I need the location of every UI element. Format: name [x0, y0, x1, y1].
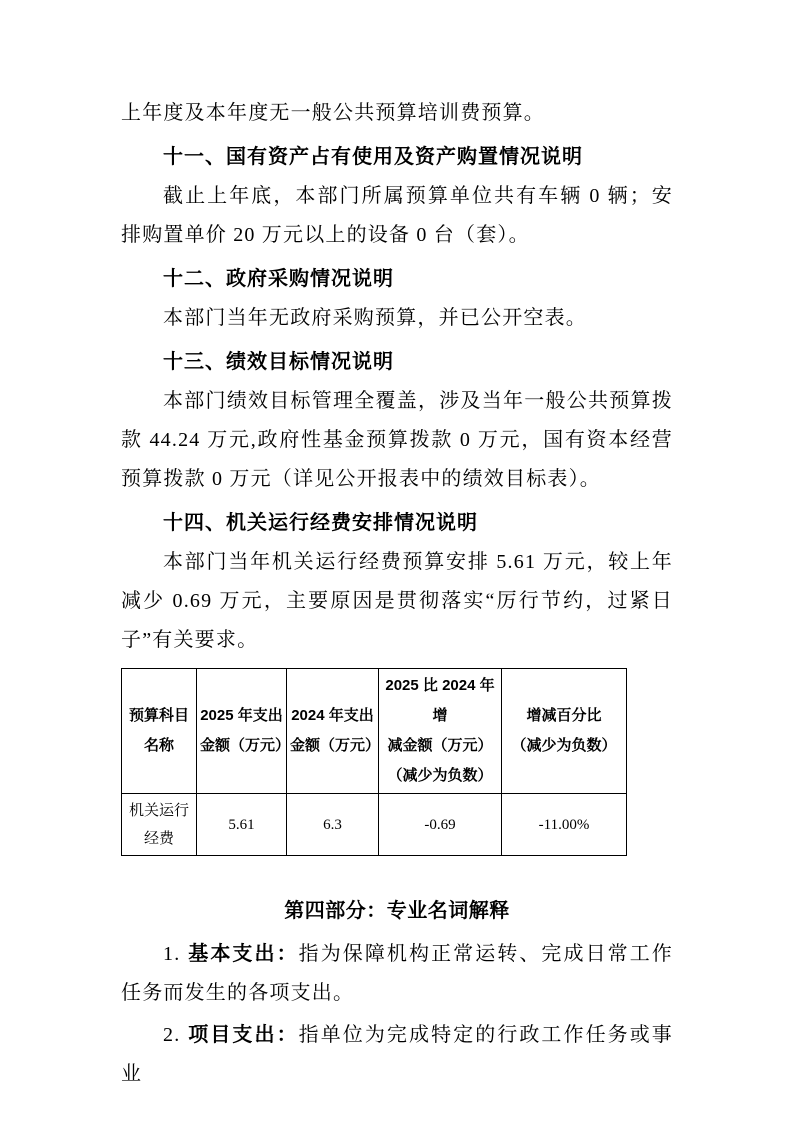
- table-row: 机关运行 经费 5.61 6.3 -0.69 -11.00%: [122, 794, 627, 856]
- definition-number: 2.: [163, 1024, 180, 1046]
- definition-term: 项目支出：: [187, 1024, 298, 1046]
- table-header-cell-change-amount: 2025 比 2024 年增 减金额（万元） （减少为负数）: [379, 669, 502, 794]
- operating-expense-table: 预算科目 名称 2025 年支出 金额（万元） 2024 年支出 金额（万元） …: [121, 668, 627, 856]
- part4-title: 第四部分：专业名词解释: [121, 891, 673, 931]
- table-cell-2024-amount: 6.3: [287, 794, 379, 856]
- table-cell-2025-amount: 5.61: [197, 794, 287, 856]
- table-cell-subject: 机关运行 经费: [122, 794, 197, 856]
- definition-number: 1.: [163, 943, 180, 965]
- section-14-paragraph: 本部门当年机关运行经费预算安排 5.61 万元，较上年减少 0.69 万元，主要…: [121, 543, 673, 660]
- table-cell-change-percent: -11.00%: [502, 794, 627, 856]
- section-13-heading: 十三、绩效目标情况说明: [121, 343, 673, 382]
- continuation-paragraph: 上年度及本年度无一般公共预算培训费预算。: [121, 94, 673, 133]
- table-header-cell-change-percent: 增减百分比 （减少为负数）: [502, 669, 627, 794]
- document-page: 上年度及本年度无一般公共预算培训费预算。 十一、国有资产占有使用及资产购置情况说…: [0, 0, 793, 1122]
- section-14-heading: 十四、机关运行经费安排情况说明: [121, 504, 673, 543]
- table-header-cell-2024: 2024 年支出 金额（万元）: [287, 669, 379, 794]
- section-11-heading: 十一、国有资产占有使用及资产购置情况说明: [121, 138, 673, 177]
- table-header-cell-subject: 预算科目 名称: [122, 669, 197, 794]
- section-13-paragraph: 本部门绩效目标管理全覆盖，涉及当年一般公共预算拨款 44.24 万元,政府性基金…: [121, 382, 673, 499]
- document-body: 上年度及本年度无一般公共预算培训费预算。 十一、国有资产占有使用及资产购置情况说…: [0, 0, 793, 1094]
- table-header-cell-2025: 2025 年支出 金额（万元）: [197, 669, 287, 794]
- section-12-heading: 十二、政府采购情况说明: [121, 260, 673, 299]
- definition-term: 基本支出：: [187, 943, 298, 965]
- section-11-paragraph: 截止上年底，本部门所属预算单位共有车辆 0 辆；安排购置单价 20 万元以上的设…: [121, 177, 673, 255]
- definition-item-basic-expense: 1.基本支出：指为保障机构正常运转、完成日常工作任务而发生的各项支出。: [121, 935, 673, 1013]
- section-12-paragraph: 本部门当年无政府采购预算，并已公开空表。: [121, 299, 673, 338]
- table-cell-change-amount: -0.69: [379, 794, 502, 856]
- table-header-row: 预算科目 名称 2025 年支出 金额（万元） 2024 年支出 金额（万元） …: [122, 669, 627, 794]
- definition-item-project-expense: 2.项目支出：指单位为完成特定的行政工作任务或事业: [121, 1016, 673, 1094]
